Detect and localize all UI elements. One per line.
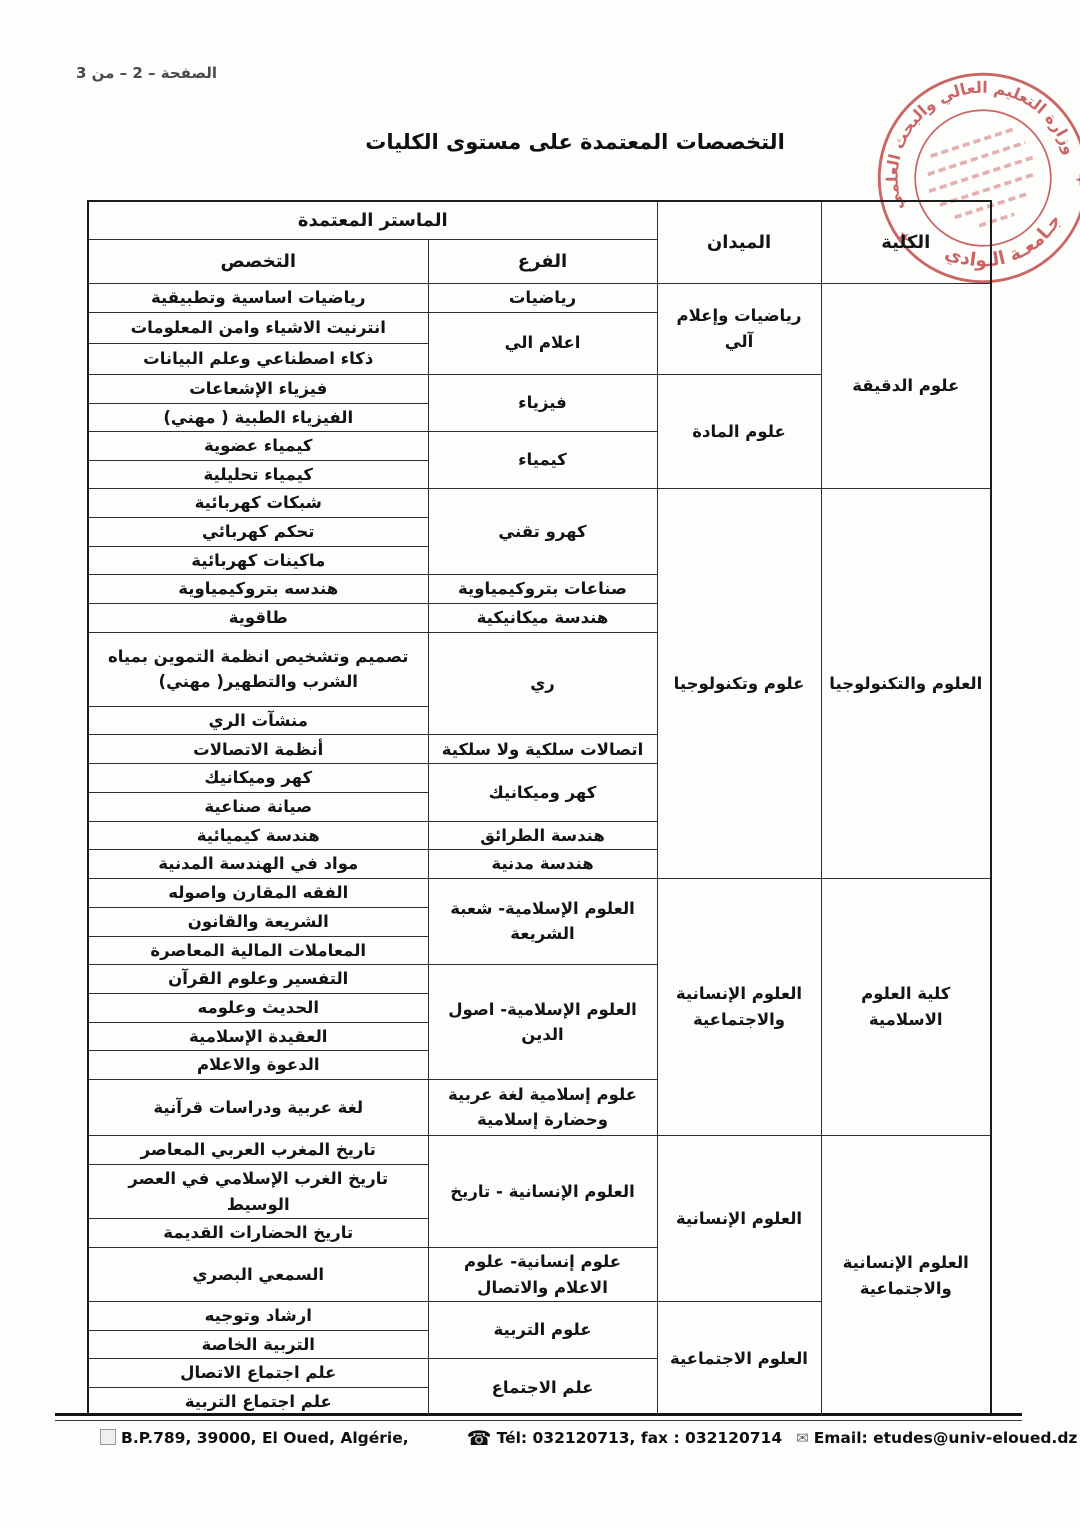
header-row-1: الكلية الميدان الماستر المعتمدة [88,201,991,239]
specialization-cell: أنظمة الاتصالات [88,735,428,764]
faculty-cell: علوم الدقيقة [821,283,991,489]
page-number: الصفحة – 2 – من 3 [76,64,217,82]
specialization-cell: تصميم وتشخيص انظمة التموين بمياه الشرب و… [88,632,428,706]
branch-cell: هندسة ميكانيكية [428,603,657,632]
footer-address-item: B.P.789, 39000, El Oued, Algérie, [100,1429,409,1447]
specialization-cell: الفيزياء الطبية ( مهني) [88,403,428,432]
branch-cell: كيمياء [428,432,657,489]
specialization-cell: صيانة صناعية [88,793,428,822]
field-cell: العلوم الإنسانية [657,1135,821,1301]
specialization-cell: ماكينات كهربائية [88,546,428,575]
branch-cell: هندسة مدنية [428,850,657,879]
specialization-cell: انترنيت الاشياء وامن المعلومات [88,312,428,343]
specialization-cell: مواد في الهندسة المدنية [88,850,428,879]
branch-cell: علوم إنسانية- علوم الاعلام والاتصال [428,1248,657,1302]
specialization-header: التخصص [88,239,428,283]
specialization-cell: شبكات كهربائية [88,489,428,518]
table-row: العلوم والتكنولوجياعلوم وتكنولوجياكهرو ت… [88,489,991,518]
specialization-cell: التفسير وعلوم القرآن [88,965,428,994]
specializations-table: الكلية الميدان الماستر المعتمدة الفرع ال… [87,200,992,1417]
field-cell: العلوم الاجتماعية [657,1302,821,1417]
specialization-cell: التربية الخاصة [88,1330,428,1359]
specialization-cell: رياضيات اساسية وتطبيقية [88,283,428,312]
branch-cell: كهرو تقني [428,489,657,575]
faculty-header: الكلية [821,201,991,283]
specialization-cell: الفقه المقارن واصوله [88,878,428,907]
table-row: العلوم الإنسانية والاجتماعيةالعلوم الإنس… [88,1135,991,1164]
specialization-cell: تاريخ الحضارات القديمة [88,1219,428,1248]
footer-divider [55,1413,1022,1421]
stamp-ministry-text: وزارة التعليم العالي والبحث العلمي [856,51,1080,213]
field-cell: رياضيات وإعلام آلي [657,283,821,374]
branch-cell: كهر وميكانيك [428,764,657,821]
mailbox-icon [100,1429,116,1445]
branch-cell: العلوم الإسلامية- اصول الدين [428,965,657,1080]
specialization-cell: علم اجتماع الاتصال [88,1359,428,1388]
footer-email-item: ✉ Email: etudes@univ-eloued.dz [796,1429,1077,1447]
branch-cell: رياضيات [428,283,657,312]
specialization-cell: كهر وميكانيك [88,764,428,793]
branch-cell: هندسة الطرائق [428,821,657,850]
table-row: علوم الدقيقةرياضيات وإعلام آليرياضياتريا… [88,283,991,312]
branch-cell: علوم التربية [428,1302,657,1359]
specialization-cell: طاقوية [88,603,428,632]
specialization-cell: ارشاد وتوجيه [88,1302,428,1331]
branch-cell: اتصالات سلكية ولا سلكية [428,735,657,764]
field-cell: علوم المادة [657,374,821,489]
branch-cell: فيزياء [428,374,657,432]
specialization-cell: ذكاء اصطناعي وعلم البيانات [88,343,428,374]
branch-cell: ري [428,632,657,735]
footer-address: B.P.789, 39000, El Oued, Algérie, [121,1429,409,1447]
scanned-document-page: الصفحة – 2 – من 3 التخصصات المعتمدة على … [0,0,1080,1527]
page-title: التخصصات المعتمدة على مستوى الكليات [360,130,790,154]
table-body: علوم الدقيقةرياضيات وإعلام آليرياضياتريا… [88,283,991,1416]
specialization-cell: منشآت الري [88,706,428,735]
table-row: كلية العلوم الاسلاميةالعلوم الإنسانية وا… [88,878,991,907]
specialization-cell: كيمياء تحليلية [88,460,428,489]
phone-icon: ☎ [467,1428,492,1448]
specialization-cell: المعاملات المالية المعاصرة [88,936,428,965]
faculty-cell: العلوم والتكنولوجيا [821,489,991,879]
branch-cell: صناعات بتروكيمياوية [428,575,657,604]
field-cell: علوم وتكنولوجيا [657,489,821,879]
branch-cell: علم الاجتماع [428,1359,657,1417]
branch-header: الفرع [428,239,657,283]
specialization-cell: تاريخ المغرب العربي المعاصر [88,1135,428,1164]
footer-email: Email: etudes@univ-eloued.dz [814,1429,1078,1447]
specialization-cell: لغة عربية ودراسات قرآنية [88,1079,428,1135]
stamp-star-right-icon: ★ [1072,169,1080,190]
specialization-cell: الحديث وعلومه [88,993,428,1022]
specialization-cell: العقيدة الإسلامية [88,1022,428,1051]
specialization-cell: كيمياء عضوية [88,432,428,461]
field-cell: العلوم الإنسانية والاجتماعية [657,878,821,1135]
specialization-cell: الشريعة والقانون [88,907,428,936]
masters-header: الماستر المعتمدة [88,201,657,239]
specialization-cell: هندسة كيميائية [88,821,428,850]
footer-phone: Tél: 032120713, fax : 032120714 [497,1429,783,1447]
faculty-cell: كلية العلوم الاسلامية [821,878,991,1135]
stamp-ministry-arc: وزارة التعليم العالي والبحث العلمي [856,51,1080,213]
branch-cell: علوم إسلامية لغة عربية وحضارة إسلامية [428,1079,657,1135]
specializations-table-wrap: الكلية الميدان الماستر المعتمدة الفرع ال… [87,200,990,1417]
branch-cell: العلوم الإنسانية - تاريخ [428,1135,657,1247]
specialization-cell: هندسه بتروكيمياوية [88,575,428,604]
faculty-cell: العلوم الإنسانية والاجتماعية [821,1135,991,1416]
specialization-cell: تاريخ الغرب الإسلامي في العصر الوسيط [88,1164,428,1218]
branch-cell: العلوم الإسلامية- شعبة الشريعة [428,878,657,965]
footer: B.P.789, 39000, El Oued, Algérie, ☎ Tél:… [100,1428,1000,1448]
specialization-cell: السمعي البصري [88,1248,428,1302]
specialization-cell: فيزياء الإشعاعات [88,374,428,403]
field-header: الميدان [657,201,821,283]
specialization-cell: تحكم كهربائي [88,517,428,546]
email-icon: ✉ [796,1431,809,1446]
specialization-cell: الدعوة والاعلام [88,1051,428,1080]
footer-phone-item: ☎ Tél: 032120713, fax : 032120714 [467,1428,782,1448]
branch-cell: اعلام الي [428,312,657,374]
